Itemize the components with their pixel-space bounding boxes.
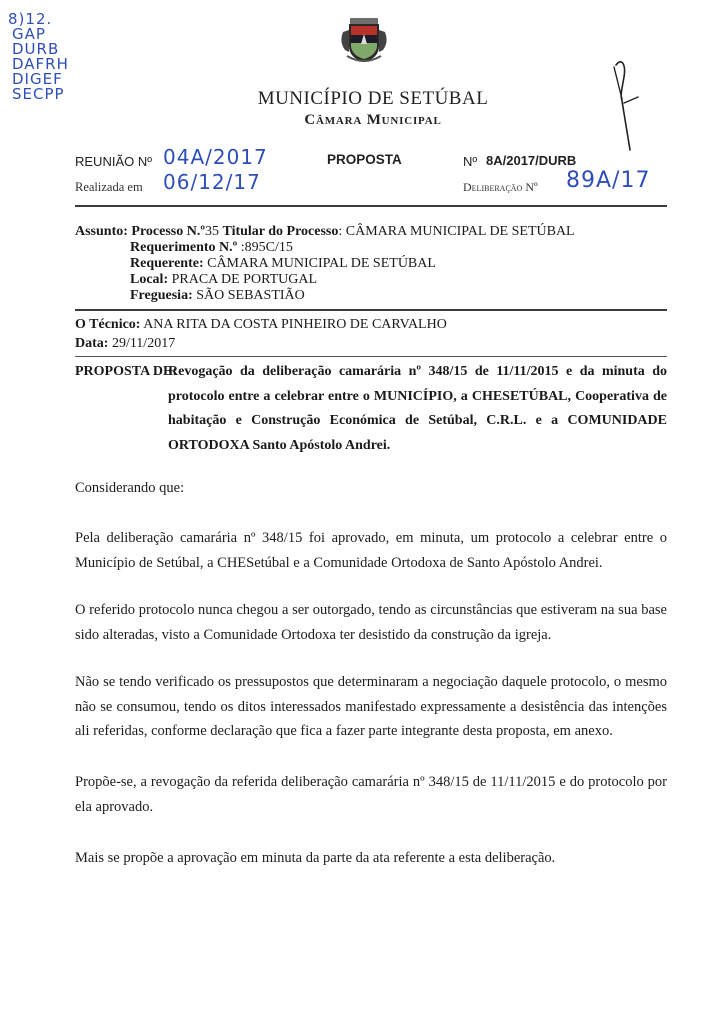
freguesia-value: SÃO SEBASTIÃO <box>193 288 305 303</box>
assunto-label: Assunto: <box>75 224 128 239</box>
processo-value: 35 <box>205 224 219 239</box>
deliberacao-label: Deliberação Nº <box>463 180 538 195</box>
body-paragraph: Propõe-se, a revogação da referida delib… <box>75 770 667 819</box>
realizada-label: Realizada em <box>75 180 143 195</box>
intro-text: Considerando que: <box>75 476 667 501</box>
header-divider <box>75 205 667 207</box>
requerimento-value: :895C/15 <box>237 240 293 255</box>
subject-divider <box>75 309 667 311</box>
body-paragraph: Não se tendo verificado os pressupostos … <box>75 670 667 744</box>
requerente-value: CÂMARA MUNICIPAL DE SETÚBAL <box>204 256 436 271</box>
deliberacao-value: 89A/17 <box>566 168 650 193</box>
local-value: PRACA DE PORTUGAL <box>168 272 317 287</box>
date-line: Data: 29/11/2017 <box>75 336 175 352</box>
proposal-text-part: Santo Apóstolo Andrei. <box>249 438 390 453</box>
requerente-label: Requerente: <box>130 256 204 271</box>
titular-label: Titular do Processo <box>222 224 338 239</box>
proposta-heading: PROPOSTA <box>327 152 402 167</box>
proposal-entity: MUNICÍPIO <box>374 389 453 404</box>
body-paragraph: O referido protocolo nunca chegou a ser … <box>75 598 667 647</box>
proposal-text-part: , a <box>453 389 472 404</box>
numero-value: 8A/2017/DURB <box>486 153 576 168</box>
processo-label: Processo N.º <box>131 224 205 239</box>
realizada-value: 06/12/17 <box>163 170 261 194</box>
subject-block: Assunto: Processo N.º35 Titular do Proce… <box>75 224 575 304</box>
tecnico-value: ANA RITA DA COSTA PINHEIRO DE CARVALHO <box>140 317 446 332</box>
proposal-entity: CHESETÚBAL <box>472 389 568 404</box>
titular-value: : CÂMARA MUNICIPAL DE SETÚBAL <box>338 224 574 239</box>
body-paragraph: Mais se propõe a aprovação em minuta da … <box>75 846 667 871</box>
reuniao-value: 04A/2017 <box>163 145 268 169</box>
coat-of-arms-icon <box>337 16 391 64</box>
data-value: 29/11/2017 <box>108 336 175 351</box>
proposal-label: PROPOSTA DE: <box>75 360 177 385</box>
chamber-title: Câmara Municipal <box>0 112 724 129</box>
proposal-statement: PROPOSTA DE: Revogação da deliberação ca… <box>75 360 667 458</box>
municipality-title: MUNICÍPIO DE SETÚBAL <box>0 88 724 110</box>
local-label: Local: <box>130 272 168 287</box>
freguesia-label: Freguesia: <box>130 288 193 303</box>
tecnico-label: O Técnico: <box>75 317 140 332</box>
body-paragraph: Pela deliberação camarária nº 348/15 foi… <box>75 526 667 575</box>
reuniao-label: REUNIÃO Nº <box>75 154 152 169</box>
technician-line: O Técnico: ANA RITA DA COSTA PINHEIRO DE… <box>75 317 447 333</box>
technician-divider <box>75 356 667 357</box>
proposal-text: Revogação da deliberação camarária nº 34… <box>168 360 667 458</box>
numero-label: Nº <box>463 154 477 169</box>
data-label: Data: <box>75 336 108 351</box>
requerimento-label: Requerimento N.º <box>130 240 237 255</box>
